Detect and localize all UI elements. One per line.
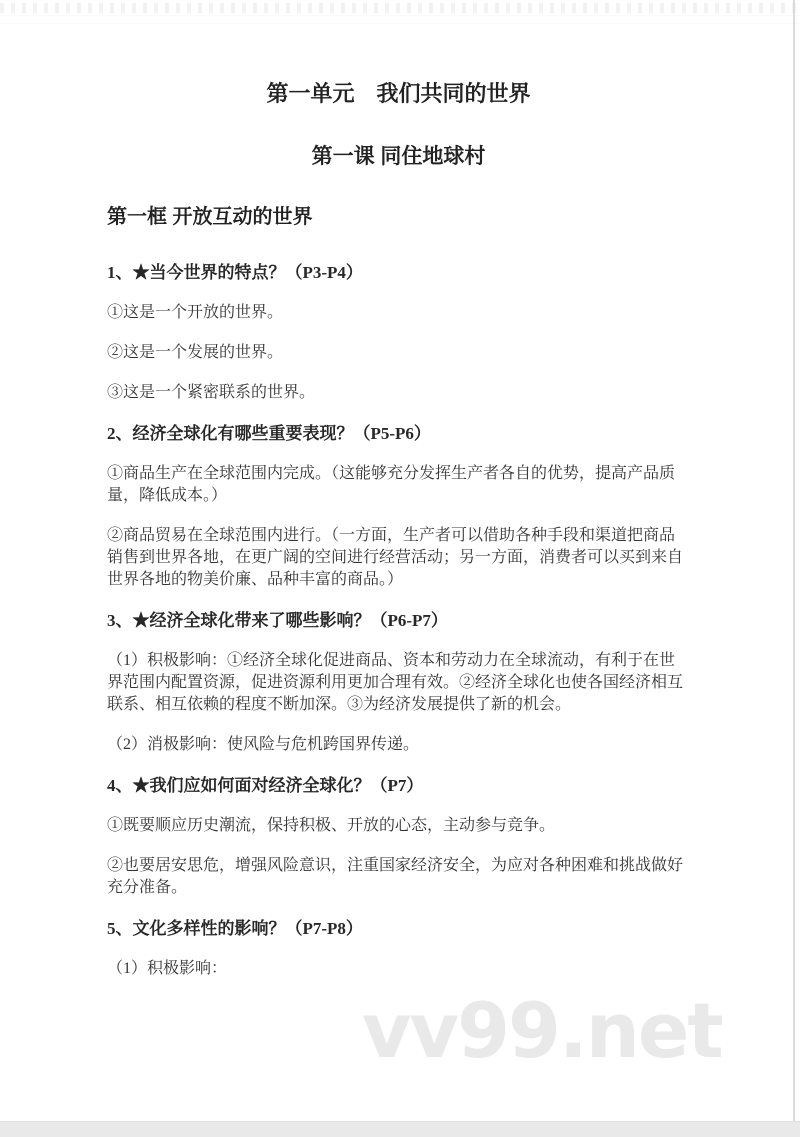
page-bottom-strip bbox=[0, 1121, 800, 1137]
question-heading: 3、★经济全球化带来了哪些影响？（P6-P7） bbox=[107, 609, 690, 633]
document-content: 第一单元 我们共同的世界 第一课 同住地球村 第一框 开放互动的世界 1、★当今… bbox=[0, 0, 800, 980]
answer-paragraph: ②也要居安思危，增强风险意识，注重国家经济安全，为应对各种困难和挑战做好充分准备… bbox=[107, 855, 690, 899]
lesson-title: 第一课 同住地球村 bbox=[107, 143, 690, 171]
answer-paragraph: ②这是一个发展的世界。 bbox=[107, 342, 690, 364]
question-heading: 1、★当今世界的特点？（P3-P4） bbox=[107, 261, 690, 285]
section-title: 第一框 开放互动的世界 bbox=[107, 203, 690, 231]
document-page: 第一单元 我们共同的世界 第一课 同住地球村 第一框 开放互动的世界 1、★当今… bbox=[0, 0, 800, 1137]
question-heading: 2、经济全球化有哪些重要表现？（P5-P6） bbox=[107, 422, 690, 446]
question-heading: 5、文化多样性的影响？（P7-P8） bbox=[107, 917, 690, 941]
site-watermark: vv99.net bbox=[362, 993, 722, 1069]
answer-paragraph: （1）积极影响： bbox=[107, 958, 690, 980]
answer-paragraph: ③这是一个紧密联系的世界。 bbox=[107, 382, 690, 404]
unit-title: 第一单元 我们共同的世界 bbox=[107, 80, 690, 108]
question-heading: 4、★我们应如何面对经济全球化？（P7） bbox=[107, 774, 690, 798]
answer-paragraph: ①商品生产在全球范围内完成。（这能够充分发挥生产者各自的优势，提高产品质量，降低… bbox=[107, 463, 690, 507]
answer-paragraph: ①既要顺应历史潮流，保持积极、开放的心态，主动参与竞争。 bbox=[107, 815, 690, 837]
answer-paragraph: （1）积极影响：①经济全球化促进商品、资本和劳动力在全球流动，有利于在世界范围内… bbox=[107, 650, 690, 716]
answer-paragraph: （2）消极影响：使风险与危机跨国界传递。 bbox=[107, 734, 690, 756]
answer-paragraph: ①这是一个开放的世界。 bbox=[107, 302, 690, 324]
answer-paragraph: ②商品贸易在全球范围内进行。（一方面，生产者可以借助各种手段和渠道把商品销售到世… bbox=[107, 525, 690, 591]
page-right-edge bbox=[793, 0, 795, 1122]
